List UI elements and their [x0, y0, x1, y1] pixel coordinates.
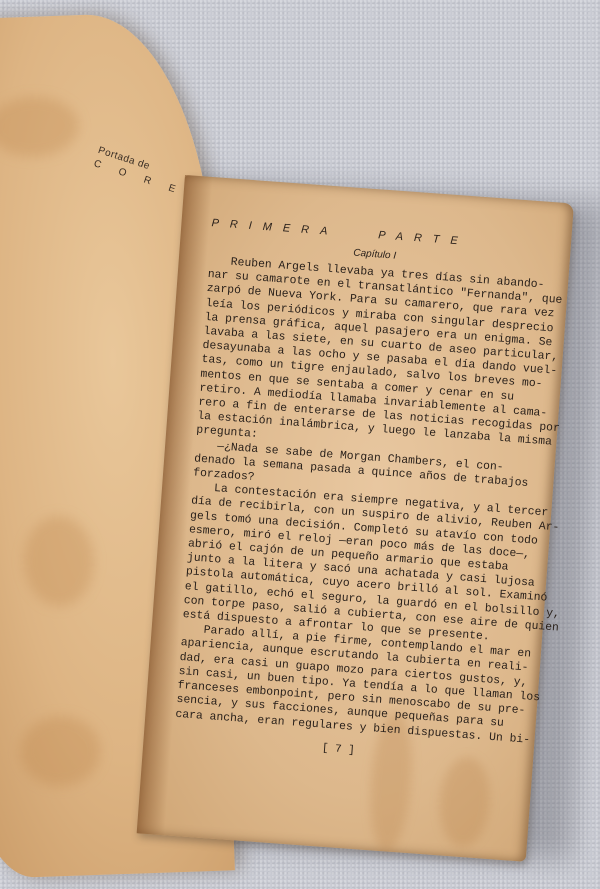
right-page: PRIMERAPARTE Capítulo I Reuben Argels ll… [137, 175, 574, 862]
paper-stain [19, 715, 101, 788]
part-title-parte: PARTE [378, 229, 469, 248]
body-text: Reuben Argels llevaba ya tres días sin a… [175, 254, 538, 746]
paper-stain [0, 95, 80, 158]
part-title-primera: PRIMERA [211, 217, 339, 238]
paper-stain [437, 755, 493, 848]
paper-stain [22, 515, 95, 607]
page-text: PRIMERAPARTE Capítulo I Reuben Argels ll… [173, 217, 541, 767]
